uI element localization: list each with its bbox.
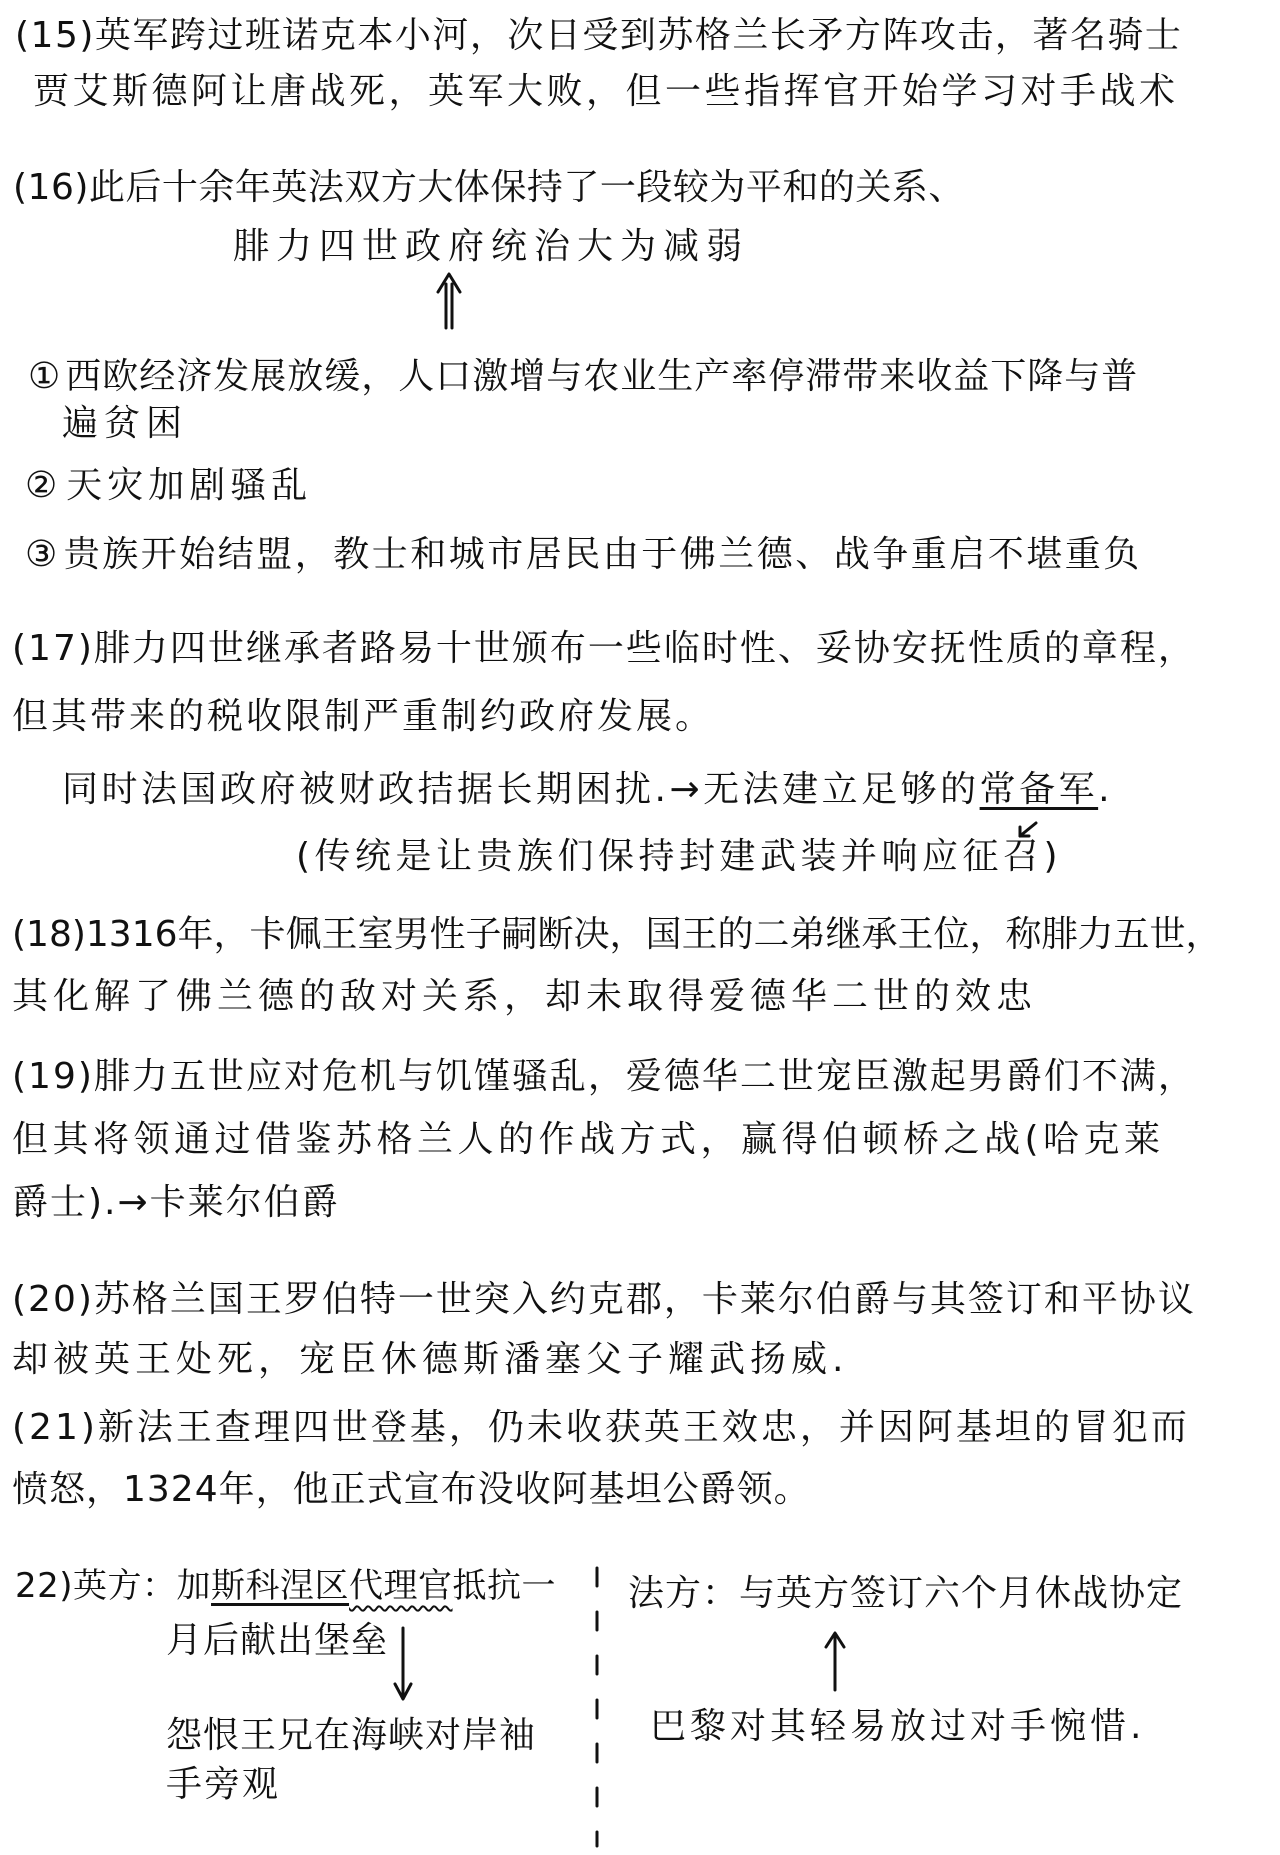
dashed-divider: [590, 1566, 604, 1848]
cause-marker-2: ②: [25, 465, 62, 507]
note-19-line-2: 但其将领通过借鉴苏格兰人的作战方式，赢得伯顿桥之战(哈克莱: [12, 1119, 1165, 1161]
up-arrow-icon: [823, 1630, 847, 1692]
standing-army-underlined: 常备军: [980, 769, 1099, 810]
note-15-line-2: 贾艾斯德阿让唐战死，英军大败，但一些指挥官开始学习对手战术: [33, 71, 1179, 113]
english-side-label: 22)英方：加: [15, 1566, 211, 1606]
note-18-line-1: (18)1316年，卡佩王室男性子嗣断决，国王的二弟继承王位，称腓力五世，: [12, 914, 1222, 956]
note-21-line-1: (21)新法王查理四世登基，仍未收获英王效忠，并因阿基坦的冒犯而: [12, 1407, 1190, 1449]
cause-text-3: 贵族开始结盟，教士和城市居民由于佛兰德、战争重启不堪重负: [64, 534, 1142, 575]
note-22-english-consequence-2: 手旁观: [166, 1764, 280, 1806]
note-22-english-line-2: 月后献出堡垒: [166, 1620, 388, 1662]
note-17-line-3: 同时法国政府被财政拮据长期困扰.→无法建立足够的常备军.: [62, 769, 1113, 811]
double-up-arrow-icon: [436, 272, 462, 330]
note-20-line-2: 却被英王处死，宠臣休德斯潘塞父子耀武扬威.: [12, 1339, 848, 1381]
note-17-line-3-end: .: [1098, 769, 1113, 810]
note-19-line-1: (19)腓力五世应对危机与饥馑骚乱，爱德华二世宠臣激起男爵们不满，: [12, 1056, 1196, 1098]
note-17-line-2: 但其带来的税收限制严重制约政府发展。: [12, 696, 714, 738]
note-22-french-cause: 巴黎对其轻易放过对手惋惜.: [650, 1706, 1145, 1748]
cause-item-1-continuation: 遍贫困: [62, 403, 188, 445]
note-16-line-2: 腓力四世政府统治大为减弱: [233, 226, 749, 268]
cause-item-3: ③贵族开始结盟，教士和城市居民由于佛兰德、战争重启不堪重负: [25, 534, 1142, 576]
note-17-line-1: (17)腓力四世继承者路易十世颁布一些临时性、妥协安抚性质的章程，: [12, 628, 1196, 670]
cause-item-1: ①西欧经济发展放缓，人口激增与农业生产率停滞带来收益下降与普: [28, 356, 1138, 398]
cause-text-2: 天灾加剧骚乱: [66, 465, 312, 506]
note-17-line-3-text: 同时法国政府被财政拮据长期困扰.→无法建立足够的: [62, 769, 980, 810]
seneschal-wavy-underlined: 代理官: [349, 1566, 453, 1606]
cause-marker-1: ①: [28, 356, 61, 398]
note-15-line-1: (15)英军跨过班诺克本小河，次日受到苏格兰长矛方阵攻击，著名骑士: [15, 15, 1182, 57]
note-19-line-3: 爵士).→卡莱尔伯爵: [12, 1182, 340, 1224]
note-22-english-line-1: 22)英方：加斯科涅区代理官抵抗一: [15, 1565, 556, 1607]
note-17-line-4: (传统是让贵族们保持封建武装并响应征召): [296, 836, 1062, 878]
cause-item-2: ②天灾加剧骚乱: [25, 465, 312, 507]
cause-text-1: 西欧经济发展放缓，人口激增与农业生产率停滞带来收益下降与普: [65, 356, 1138, 397]
note-21-line-2: 愤怒，1324年，他正式宣布没收阿基坦公爵领。: [12, 1469, 811, 1511]
note-22-french-line-1: 法方：与英方签订六个月休战协定: [628, 1573, 1183, 1615]
gascony-underlined: 斯科涅区: [211, 1566, 349, 1606]
cause-marker-3: ③: [25, 534, 60, 576]
note-16-line-1: (16)此后十余年英法双方大体保持了一段较为平和的关系、: [13, 167, 965, 209]
down-arrow-icon: [391, 1626, 415, 1702]
note-20-line-1: (20)苏格兰国王罗伯特一世突入约克郡，卡莱尔伯爵与其签订和平协议: [12, 1279, 1196, 1321]
note-22-english-consequence-1: 怨恨王兄在海峡对岸袖: [166, 1715, 536, 1757]
english-side-text-end: 抵抗一: [453, 1566, 557, 1606]
note-18-line-2: 其化解了佛兰德的敌对关系，却未取得爱德华二世的效忠: [12, 976, 1037, 1018]
